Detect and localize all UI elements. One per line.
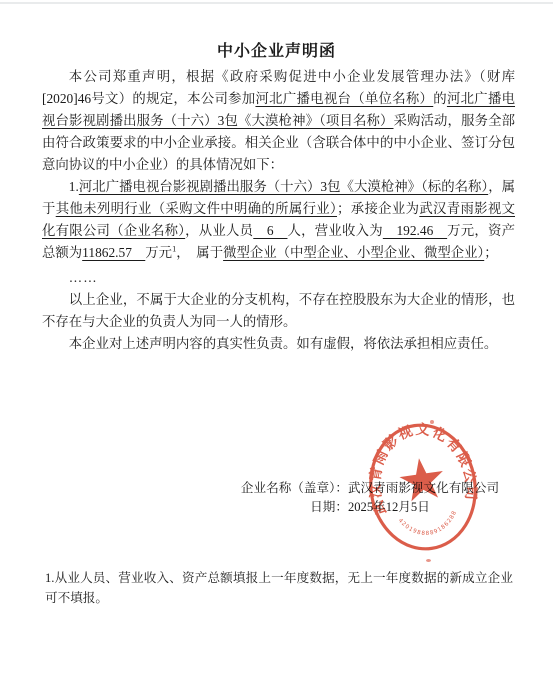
document-body: 本公司郑重声明，根据《政府采购促进中小企业发展管理办法》（财库[2020]46号… — [42, 66, 515, 355]
body-text: 本企业对上述声明内容的真实性负责。如有虚假，将依法承担相应责任。 — [69, 336, 498, 351]
signature-company-line: 企业名称（盖章）：武汉青雨影视文化有限公司 — [228, 479, 512, 498]
seal-ink-speck-bottom — [426, 559, 431, 562]
body-text: …… — [69, 270, 98, 285]
page-top-divider — [0, 2, 553, 4]
body-text: ； — [484, 245, 497, 260]
paragraph-not-large-enterprise: 以上企业，不属于大企业的分支机构，不存在控股股东为大企业的情形，也不存在与大企业… — [42, 289, 515, 333]
body-text: ；承接企业为 — [337, 201, 419, 216]
underlined-fill-in-text: 其他未列明行业（采购文件中明确的所属行业） — [56, 201, 337, 216]
body-text: 万元 — [145, 245, 172, 260]
body-text: 人，营业收入为 — [287, 223, 382, 238]
underlined-fill-in-text: 192.46 — [383, 223, 447, 238]
signature-date-line: 日期：2025年12月5日 — [228, 498, 512, 517]
body-text: ，从业人员 — [185, 223, 253, 238]
underlined-fill-in-text: 11862.57 — [82, 245, 145, 260]
body-text: 1. — [69, 179, 79, 194]
paragraph-declaration-intro: 本公司郑重声明，根据《政府采购促进中小企业发展管理办法》（财库[2020]46号… — [42, 66, 515, 176]
paragraph-responsibility: 本企业对上述声明内容的真实性负责。如有虚假，将依法承担相应责任。 — [42, 333, 515, 355]
paragraph-item-1: 1.河北广播电视台影视剧播出服务（十六）3包《大漠枪神》（标的名称），属于其他未… — [42, 176, 515, 264]
body-text: 的 — [433, 91, 447, 106]
signature-block: 企业名称（盖章）：武汉青雨影视文化有限公司 日期：2025年12月5日 — [228, 479, 512, 516]
underlined-fill-in-text: 河北广播电视台影视剧播出服务（十六）3包《大漠枪神》（标的名称） — [79, 179, 488, 194]
underlined-fill-in-text: 河北广播电视台（单位名称） — [255, 91, 433, 106]
body-text: ， 属于 — [176, 245, 223, 260]
seal-ink-speck-top — [430, 420, 434, 424]
body-text: 以上企业，不属于大企业的分支机构，不存在控股股东为大企业的情形，也不存在与大企业… — [42, 292, 515, 329]
underlined-fill-in-text: 微型企业（中型企业、小型企业、微型企业） — [223, 245, 484, 260]
footnote: 1.从业人员、营业收入、资产总额填报上一年度数据，无上一年度数据的新成立企业可不… — [45, 568, 513, 608]
document-title: 中小企业声明函 — [0, 38, 553, 61]
declaration-document-page: 中小企业声明函 本公司郑重声明，根据《政府采购促进中小企业发展管理办法》（财库[… — [0, 0, 553, 694]
paragraph-ellipsis: …… — [42, 267, 515, 289]
underlined-fill-in-text: 6 — [253, 223, 287, 238]
